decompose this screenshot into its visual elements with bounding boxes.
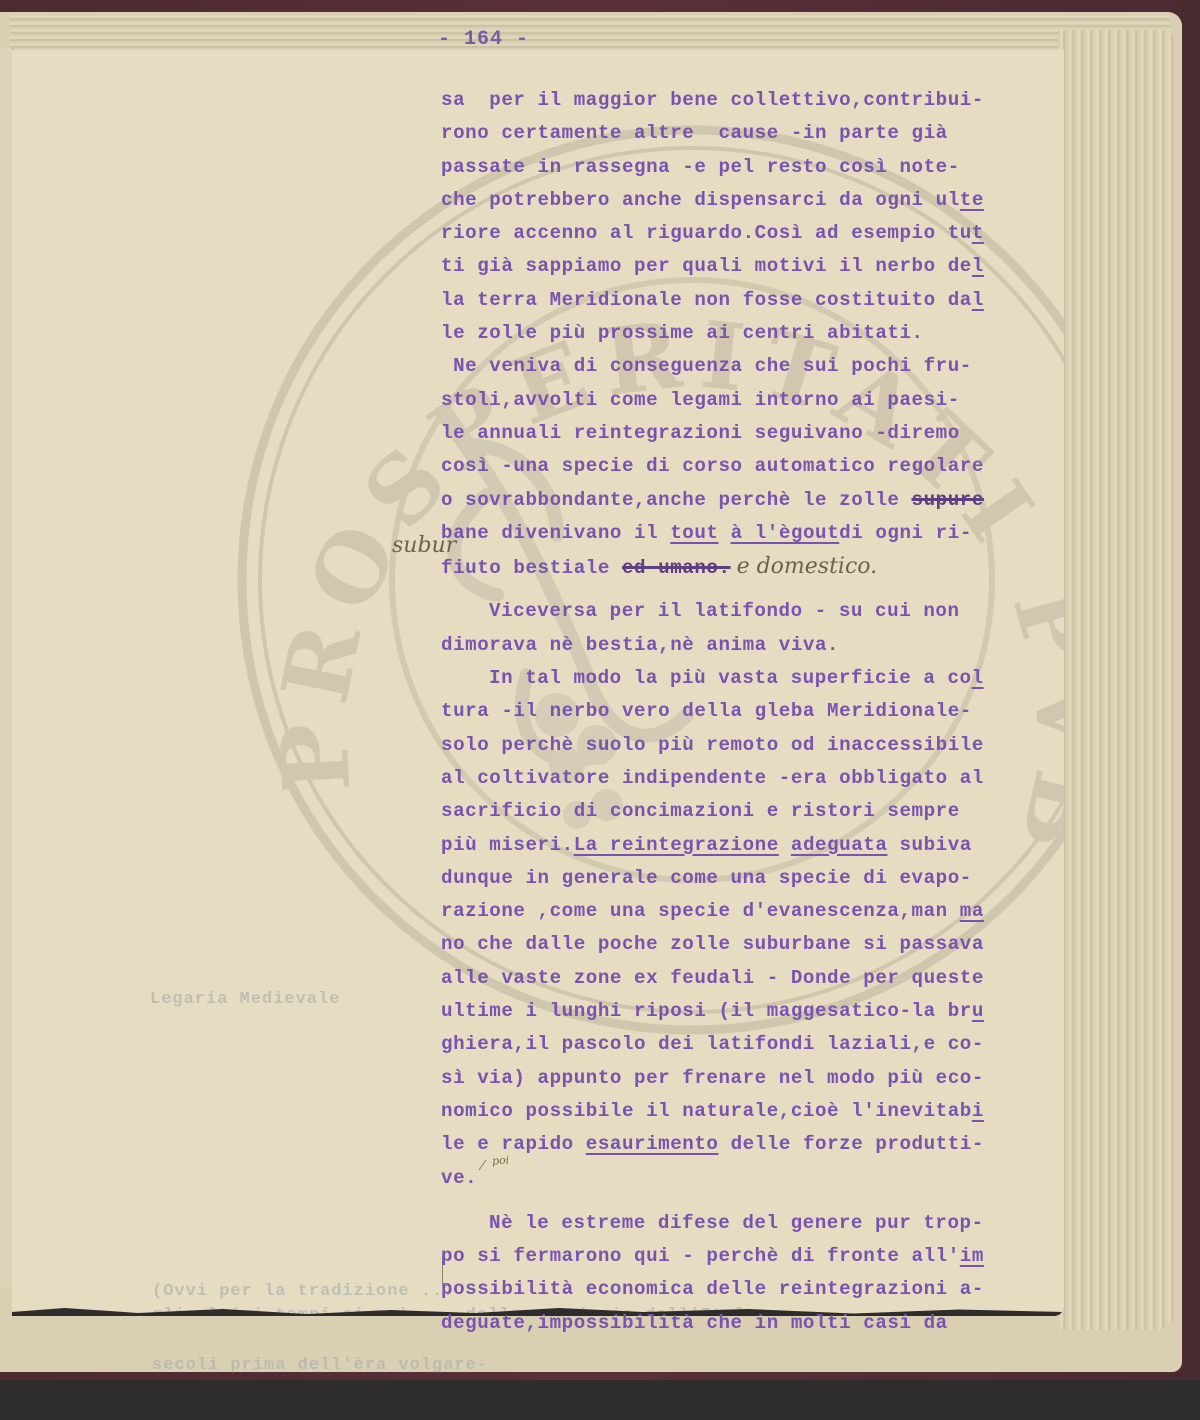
underlined-phrase: adeguata [791,834,888,856]
text-line: ve. [441,1162,1001,1195]
text-line: sì via) appunto per frenare nel modo più… [441,1062,1001,1095]
underlined-phrase: esaurimento [586,1133,719,1155]
page-side-edges [1058,30,1176,1330]
typewritten-body: sa per il maggior bene collettivo,contri… [441,84,1001,1340]
struck-out-text: ed umano. [622,557,731,579]
text-line: Viceversa per il latifondo - su cui non [441,595,1001,628]
text-line: riore accenno al riguardo.Così ad esempi… [441,217,1001,250]
text-line: le annuali reintegrazioni seguivano -dir… [441,417,1001,450]
text-line: dunque in generale come una specie di ev… [441,862,1001,895]
line-text: di ogni ri- [839,522,972,544]
text-line: la terra Meridionale non fosse costituit… [441,284,1001,317]
line-text: subiva [887,834,971,856]
text-line: ultime i lunghi riposi (il maggesatico-l… [441,995,1001,1028]
text-line: al coltivatore indipendente -era obbliga… [441,762,1001,795]
text-line: così -una specie di corso automatico reg… [441,450,1001,483]
text-line: più miseri.La reintegrazione adeguata su… [441,829,1001,862]
line-text: ti già sappiamo per quali motivi il nerb… [441,255,972,277]
underlined-syllable: te [960,189,984,211]
underlined-syllable: t [972,222,984,244]
underlined-syllable: ma [960,900,984,922]
spacer [719,522,731,544]
text-line: possibilità economica delle reintegrazio… [441,1273,1001,1306]
text-line: o sovrabbondante,anche perchè le zolle s… [441,484,1001,517]
line-text: le e rapido [441,1133,586,1155]
text-line: po si fermarono qui - perchè di fronte a… [441,1240,1001,1273]
pencil-inline-correction: e domestico. [737,554,878,579]
text-line: nomico possibile il naturale,cioè l'inev… [441,1095,1001,1128]
bleed-through-footnote-line: secoli prima dell'èra volgare- [152,1356,488,1375]
line-text: o sovrabbondante,anche perchè le zolle [441,489,912,511]
text-line: bane divenivano il tout à l'ègoutdi ogni… [441,517,1001,550]
spacer [779,834,791,856]
underlined-phrase: tout [670,522,718,544]
text-line: fiuto bestiale ed umano.e domestico. [441,550,1001,583]
line-text: la terra Meridionale non fosse costituit… [441,289,972,311]
underlined-phrase: à l'ègout [731,522,840,544]
text-line: In tal modo la più vasta superficie a co… [441,662,1001,695]
struck-out-text: supure [912,489,984,511]
text-line: no che dalle poche zolle suburbane si pa… [441,928,1001,961]
text-line: le e rapido esaurimento delle forze prod… [441,1128,1001,1161]
line-text: bane divenivano il [441,522,670,544]
line-text: più miseri. [441,834,574,856]
text-line: che potrebbero anche dispensarci da ogni… [441,184,1001,217]
text-line: Ne veniva di conseguenza che sui pochi f… [441,350,1001,383]
line-text: delle forze produtti- [719,1133,984,1155]
text-line: rono certamente altre cause -in parte gi… [441,117,1001,150]
bleed-through-margin-note: Legaria Medievale [150,990,340,1009]
text-line: solo perchè suolo più remoto od inaccess… [441,729,1001,762]
text-line: sa per il maggior bene collettivo,contri… [441,84,1001,117]
line-text: riore accenno al riguardo.Così ad esempi… [441,222,972,244]
text-line: tura -il nerbo vero della gleba Meridion… [441,695,1001,728]
text-line: ghiera,il pascolo dei latifondi laziali,… [441,1028,1001,1061]
line-text: po si fermarono qui - perchè di fronte a… [441,1245,960,1267]
text-line: passate in rassegna -e pel resto così no… [441,151,1001,184]
underlined-phrase: La reintegrazione [574,834,779,856]
line-text: fiuto bestiale [441,557,622,579]
text-line: le zolle più prossime ai centri abitati. [441,317,1001,350]
text-line: Nè le estreme difese del genere pur trop… [441,1207,1001,1240]
underlined-syllable: l [972,667,984,689]
text-line: alle vaste zone ex feudali - Donde per q… [441,962,1001,995]
underlined-syllable: u [972,1000,984,1022]
text-line: stoli,avvolti come legami intorno ai pae… [441,384,1001,417]
underlined-syllable: i [972,1100,984,1122]
line-text: ultime i lunghi riposi (il maggesatico-l… [441,1000,972,1022]
page-top-edges [10,14,1170,50]
bleed-through-footnote-line: (Ovvi per la tradizione ... [152,1282,454,1301]
line-text: nomico possibile il naturale,cioè l'inev… [441,1100,972,1122]
line-text: che potrebbero anche dispensarci da ogni… [441,189,960,211]
text-line: deguate,impossibilità che in molti casi … [441,1307,1001,1340]
underlined-syllable: l [972,255,984,277]
underlined-syllable: l [972,289,984,311]
text-line: ti già sappiamo per quali motivi il nerb… [441,250,1001,283]
page-number: - 164 - [438,28,529,51]
text-line: dimorava nè bestia,nè anima viva. [441,629,1001,662]
text-line: razione ,come una specie d'evanescenza,m… [441,895,1001,928]
line-text: In tal modo la più vasta superficie a co [489,667,972,689]
line-text: razione ,come una specie d'evanescenza,m… [441,900,960,922]
text-line: sacrificio di concimazioni e ristori sem… [441,795,1001,828]
underlined-syllable: im [960,1245,984,1267]
